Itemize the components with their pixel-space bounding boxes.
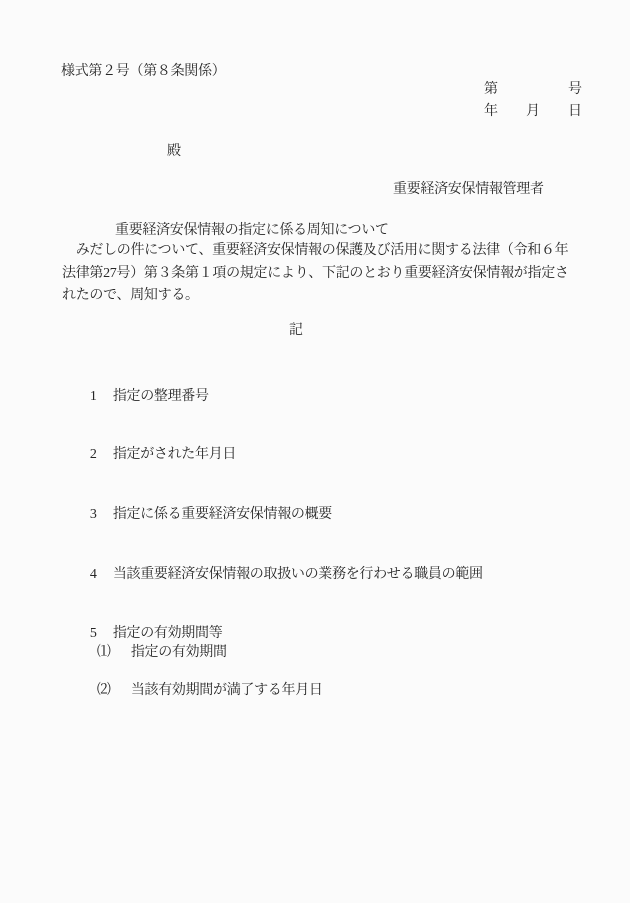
item-4-number: 4 <box>90 564 113 586</box>
item-2-label: 指定がされた年月日 <box>113 447 236 462</box>
date-month-label: 月 <box>526 101 540 123</box>
subitem-2-number: ⑵ <box>97 680 131 702</box>
subitem-2-label: 当該有効期間が満了する年月日 <box>131 683 323 698</box>
date-day-label: 日 <box>568 101 582 123</box>
list-item-2: 2指定がされた年月日 <box>77 422 236 488</box>
addressee-line: 殿 <box>167 141 181 163</box>
item-3-number: 3 <box>90 504 113 526</box>
item-3-label: 指定に係る重要経済安保情報の概要 <box>113 507 332 522</box>
body-line-1: みだしの件について、重要経済安保情報の保護及び活用に関する法律（令和６年 <box>62 240 568 262</box>
item-1-label: 指定の整理番号 <box>113 389 209 404</box>
doc-number-suffix: 号 <box>568 79 582 101</box>
item-4-label: 当該重要経済安保情報の取扱いの業務を行わせる職員の範囲 <box>113 567 483 582</box>
date-line: 年 月 日 <box>484 101 582 123</box>
list-item-1: 1指定の整理番号 <box>77 364 209 430</box>
body-line-2: 法律第27号）第３条第１項の規定により、下記のとおり重要経済安保情報が指定さ <box>62 263 569 285</box>
body-line-3: れたので、周知する。 <box>62 285 199 307</box>
document-number-line: 第 号 <box>484 79 582 101</box>
list-item-4: 4当該重要経済安保情報の取扱いの業務を行わせる職員の範囲 <box>77 542 483 608</box>
date-year-label: 年 <box>484 101 498 123</box>
doc-number-prefix: 第 <box>484 79 498 101</box>
document-title: 重要経済安保情報の指定に係る周知について <box>115 220 389 242</box>
item-2-number: 2 <box>90 444 113 466</box>
record-heading: 記 <box>289 320 303 342</box>
document-page: 様式第２号（第８条関係） 第 号 年 月 日 殿 重要経済安保情報管理者 重要経… <box>0 0 630 903</box>
list-item-3: 3指定に係る重要経済安保情報の概要 <box>77 482 332 548</box>
sender-line: 重要経済安保情報管理者 <box>393 179 544 201</box>
form-number-label: 様式第２号（第８条関係） <box>61 61 225 83</box>
list-subitem-5-2: ⑵当該有効期間が満了する年月日 <box>84 658 323 724</box>
item-1-number: 1 <box>90 386 113 408</box>
